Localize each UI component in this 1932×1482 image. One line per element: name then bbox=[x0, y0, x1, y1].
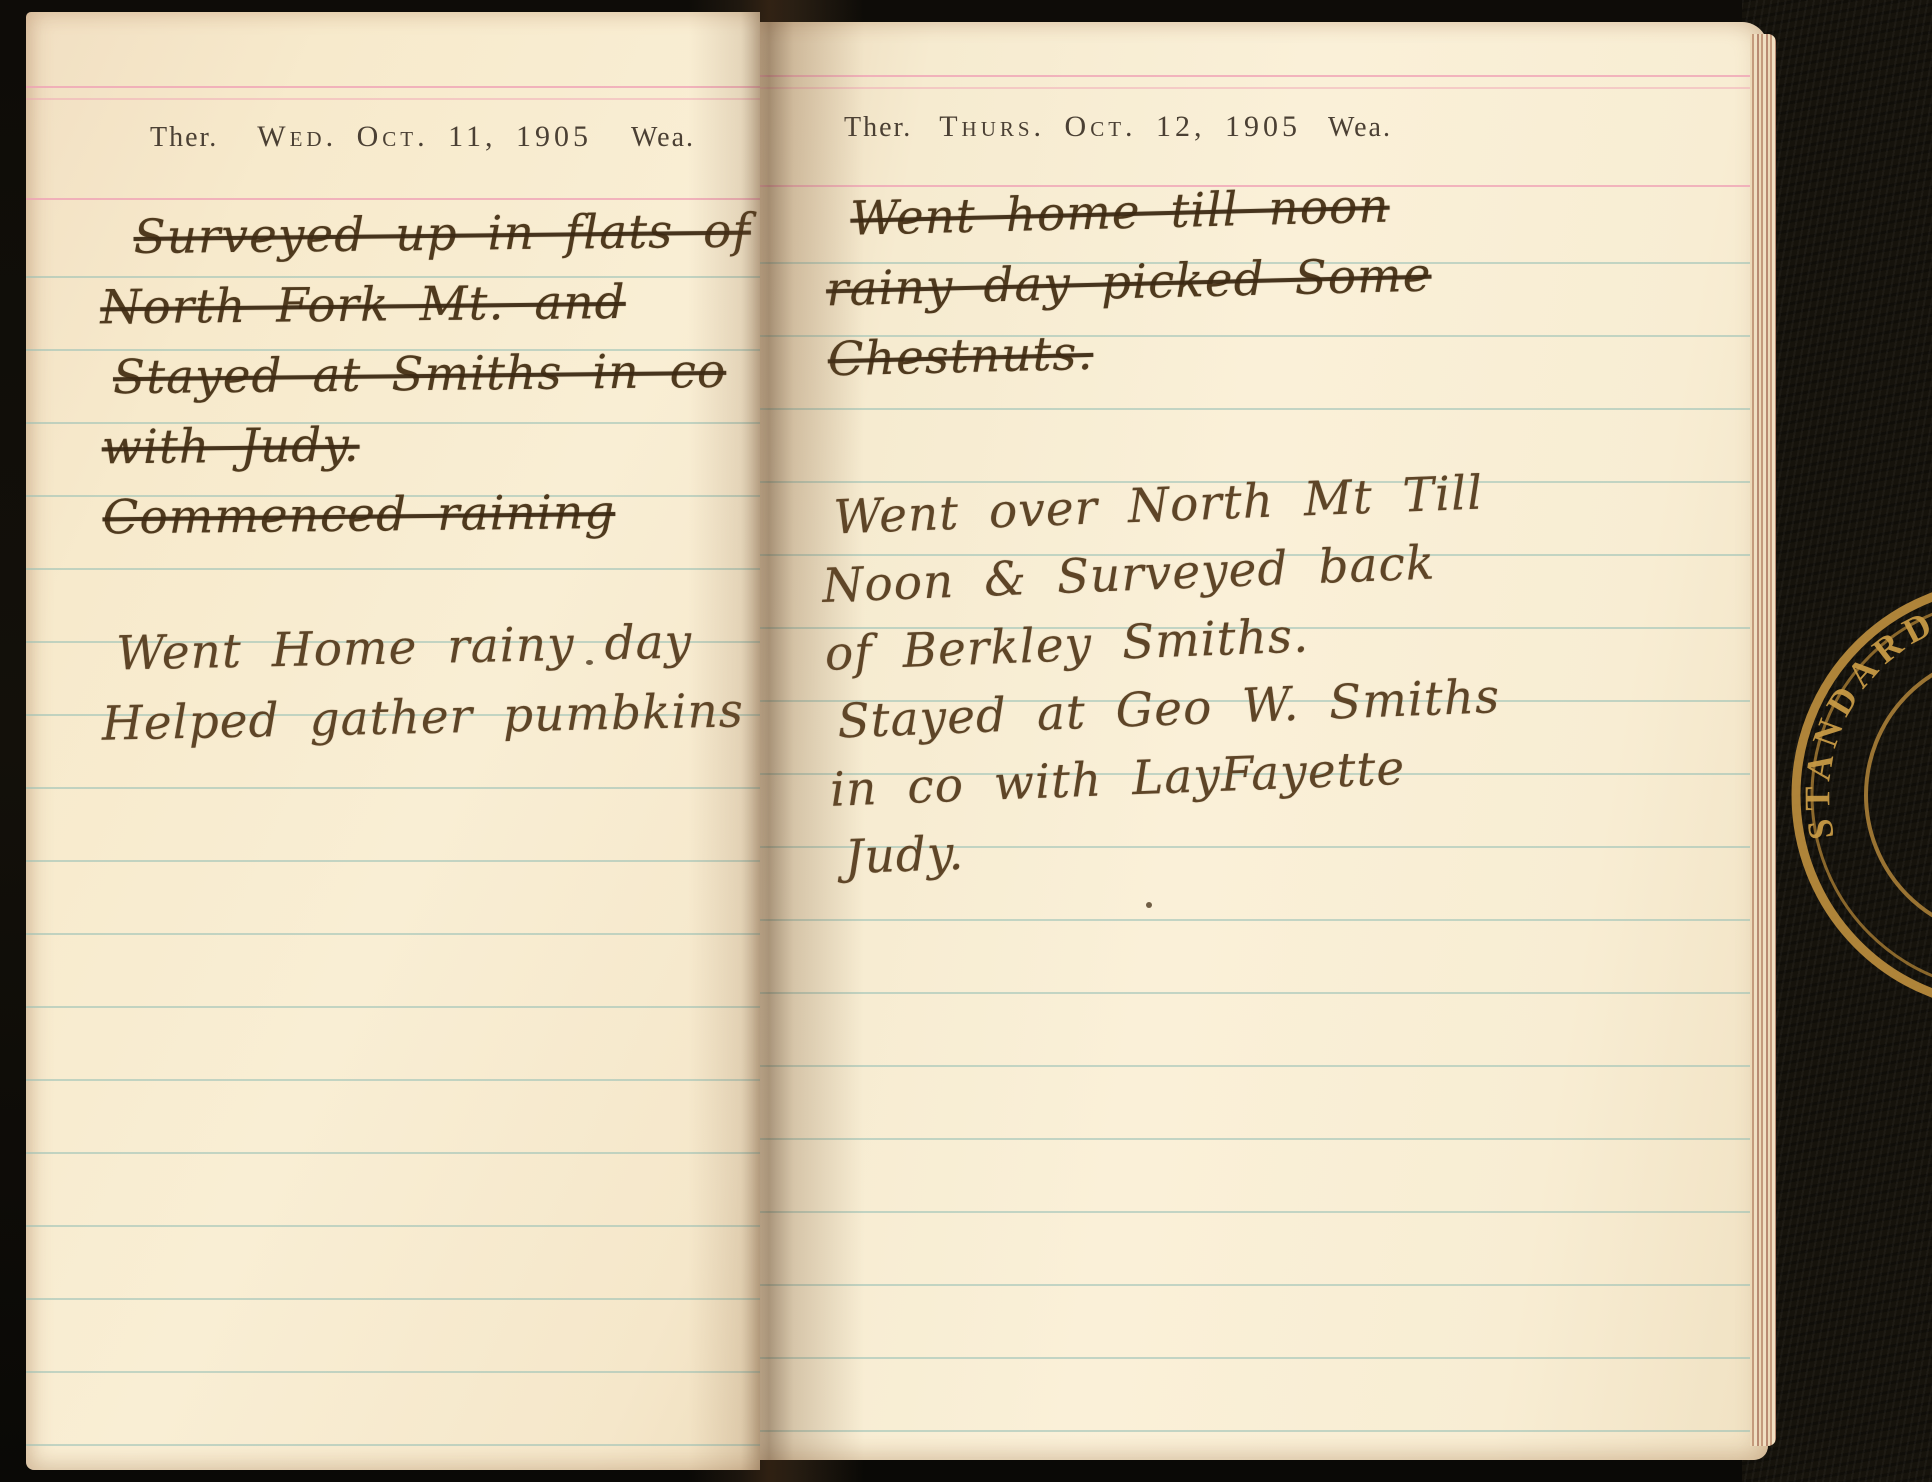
left-page: Ther. Wed. Oct. 11, 1905 Wea. Surveyed u… bbox=[26, 12, 760, 1470]
page-header: Ther. Thurs. Oct. 12, 1905 Wea. bbox=[844, 110, 1392, 144]
entry-line: Commenced raining bbox=[102, 477, 754, 554]
entry-line: Stayed at Smiths in co bbox=[113, 337, 753, 414]
entry-line: Chestnuts. bbox=[827, 311, 1434, 396]
ther-label: Ther. bbox=[150, 122, 218, 154]
entry-line: rainy day picked Some bbox=[825, 241, 1432, 326]
right-page: Ther. Thurs. Oct. 12, 1905 Wea. Went hom… bbox=[760, 22, 1768, 1460]
entry-block-crossed-out: Went home till noon rainy day picked Som… bbox=[824, 171, 1434, 396]
diary-photo: STANDARD Ther. Wed. Oct. 11, 1905 Wea. S… bbox=[0, 0, 1932, 1482]
rule-line bbox=[760, 75, 1768, 77]
entry-line: Surveyed up in flats of bbox=[133, 197, 751, 273]
rule-line bbox=[760, 87, 1768, 89]
cover-emblem: STANDARD bbox=[1788, 565, 1932, 1025]
page-header: Ther. Wed. Oct. 11, 1905 Wea. bbox=[150, 120, 695, 154]
ink-dot bbox=[1146, 902, 1152, 908]
page-edge-stack bbox=[1750, 34, 1776, 1446]
date-label: Wed. Oct. 11, 1905 bbox=[257, 120, 592, 154]
wea-label: Wea. bbox=[631, 122, 695, 154]
wea-label: Wea. bbox=[1328, 112, 1392, 144]
ther-label: Ther. bbox=[844, 112, 912, 144]
entry-block: Went Home rainy day Helped gather pumbki… bbox=[100, 604, 845, 760]
entry-line: with Judy. bbox=[101, 407, 753, 484]
rule-line bbox=[26, 98, 760, 100]
entry-block-crossed-out: Surveyed up in flats of North Fork Mt. a… bbox=[99, 197, 754, 554]
entry-line: North Fork Mt. and bbox=[100, 267, 752, 344]
entry-block: Went over North Mt Till Noon & Surveyed … bbox=[818, 459, 1506, 893]
rule-line bbox=[26, 86, 760, 88]
ink-smudge bbox=[586, 660, 593, 665]
date-label: Thurs. Oct. 12, 1905 bbox=[939, 110, 1301, 144]
